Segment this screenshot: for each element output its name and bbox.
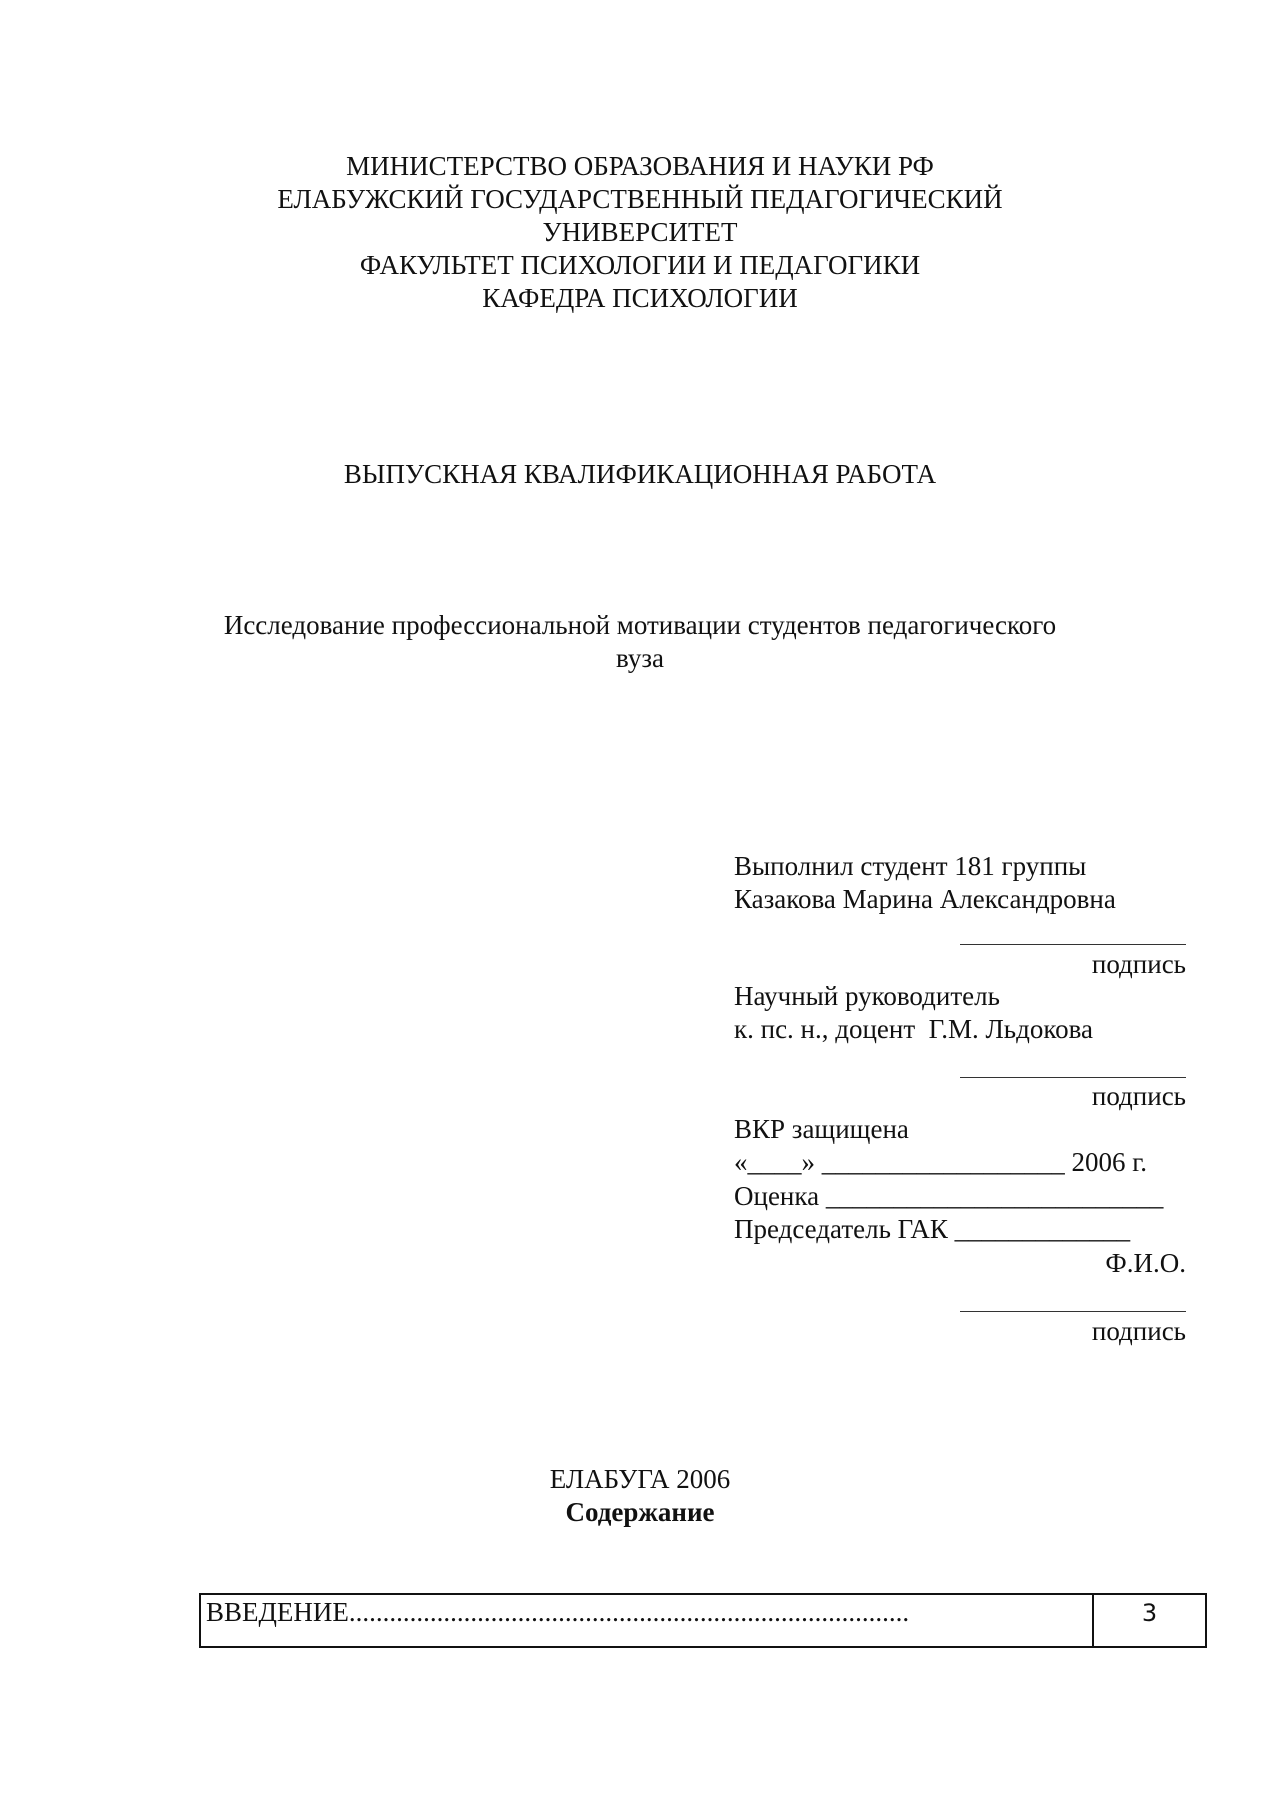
- performed-by: Выполнил студент 181 группы: [734, 850, 1086, 883]
- city-year: ЕЛАБУГА 2006: [0, 1463, 1280, 1496]
- chair-signature-label: подпись: [1092, 1315, 1186, 1348]
- student-signature-label: подпись: [1092, 948, 1186, 981]
- commission-chair-line: Председатель ГАК _____________: [734, 1213, 1130, 1246]
- toc-row-title[interactable]: ВВЕДЕНИЕ................................…: [201, 1595, 1094, 1646]
- supervisor-signature-line: [960, 1077, 1186, 1078]
- supervisor-title: Научный руководитель: [734, 980, 1000, 1013]
- author-signature-block: Выполнил студент 181 группы Казакова Мар…: [734, 0, 1186, 1400]
- document-page: МИНИСТЕРСТВО ОБРАЗОВАНИЯ И НАУКИ РФ ЕЛАБ…: [0, 0, 1280, 1811]
- defended-label: ВКР защищена: [734, 1113, 909, 1146]
- grade-line: Оценка _________________________: [734, 1180, 1163, 1213]
- supervisor-signature-label: подпись: [1092, 1080, 1186, 1113]
- defense-date-line: «____» __________________ 2006 г.: [734, 1146, 1147, 1179]
- supervisor-name: к. пс. н., доцент Г.М. Льдокова: [734, 1013, 1093, 1046]
- student-name: Казакова Марина Александровна: [734, 883, 1116, 916]
- toc-row-page: 3: [1094, 1595, 1205, 1646]
- fio-label: Ф.И.О.: [1105, 1247, 1186, 1280]
- contents-heading: Содержание: [0, 1496, 1280, 1529]
- student-signature-line: [960, 944, 1186, 945]
- chair-signature-line: [960, 1311, 1186, 1312]
- toc-table: ВВЕДЕНИЕ................................…: [199, 1593, 1207, 1648]
